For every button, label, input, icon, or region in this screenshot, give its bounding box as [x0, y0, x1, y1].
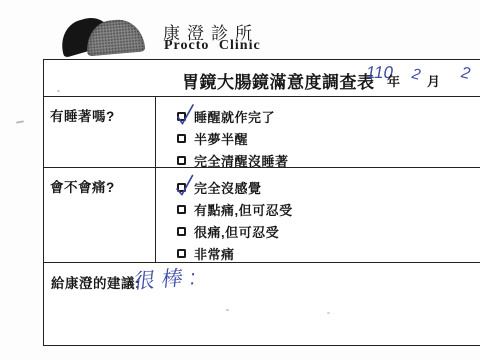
checkbox-icon: [177, 134, 186, 143]
options-list-pain: 完全沒感覺 有點痛,但可忍受 很痛,但可忍受 非常痛: [156, 168, 480, 262]
scanned-survey-form: 康澄診所 Procto Clinic 胃鏡大腸鏡滿意度調查表 110 年 2 月…: [0, 0, 480, 360]
handwritten-day-value: 2: [458, 64, 473, 83]
option-label: 完全清醒沒睡著: [194, 151, 289, 170]
checkbox-icon: [177, 183, 186, 192]
clinic-name-english: Procto Clinic: [164, 38, 261, 54]
scan-speck: [226, 309, 229, 311]
checkbox-icon: [177, 112, 186, 121]
question-row-sleep: 有睡著嗎? 睡醒就作完了 半夢半醒 完全清醒沒睡著: [44, 97, 480, 168]
question-label-pain: 會不會痛?: [44, 168, 156, 262]
option-row: 有點痛,但可忍受: [177, 198, 480, 220]
option-row: 很痛,但可忍受: [177, 220, 480, 242]
suggestion-row: 給康澄的建議: 很棒:: [44, 263, 480, 345]
checkbox-icon: [177, 249, 186, 258]
checkbox-icon: [177, 227, 186, 236]
option-label: 半夢半醒: [194, 129, 248, 148]
suggestion-label: 給康澄的建議:: [51, 272, 140, 292]
question-row-pain: 會不會痛? 完全沒感覺 有點痛,但可忍受 很痛,但可忍受: [44, 168, 480, 263]
clinic-logo: [55, 12, 150, 58]
option-label: 睡醒就作完了: [194, 107, 275, 126]
month-label: 月: [427, 71, 440, 90]
option-label: 很痛,但可忍受: [194, 222, 279, 241]
scan-speck: [327, 312, 330, 314]
option-label: 非常痛: [194, 244, 235, 263]
option-row: 完全沒感覺: [177, 176, 480, 198]
survey-table: 胃鏡大腸鏡滿意度調查表 110 年 2 月 2 有睡著嗎? 睡醒就作完了 半夢半…: [43, 59, 480, 346]
question-label-sleep: 有睡著嗎?: [44, 97, 156, 167]
year-label: 年: [387, 71, 400, 90]
handwritten-month-value: 2: [409, 65, 423, 83]
option-label: 有點痛,但可忍受: [194, 200, 293, 219]
handwritten-suggestion: 很棒:: [132, 260, 204, 295]
scan-speck: [57, 90, 60, 92]
checkbox-icon: [177, 205, 186, 214]
option-row: 睡醒就作完了: [177, 105, 480, 127]
option-row: 半夢半醒: [177, 127, 480, 149]
option-label: 完全沒感覺: [194, 178, 262, 197]
options-list-sleep: 睡醒就作完了 半夢半醒 完全清醒沒睡著: [156, 97, 480, 167]
checkbox-icon: [177, 156, 186, 165]
option-row: 非常痛: [177, 242, 480, 264]
title-row: 胃鏡大腸鏡滿意度調查表 110 年 2 月 2: [44, 60, 480, 97]
form-title: 胃鏡大腸鏡滿意度調查表: [182, 68, 375, 93]
scan-speck: [16, 120, 24, 123]
